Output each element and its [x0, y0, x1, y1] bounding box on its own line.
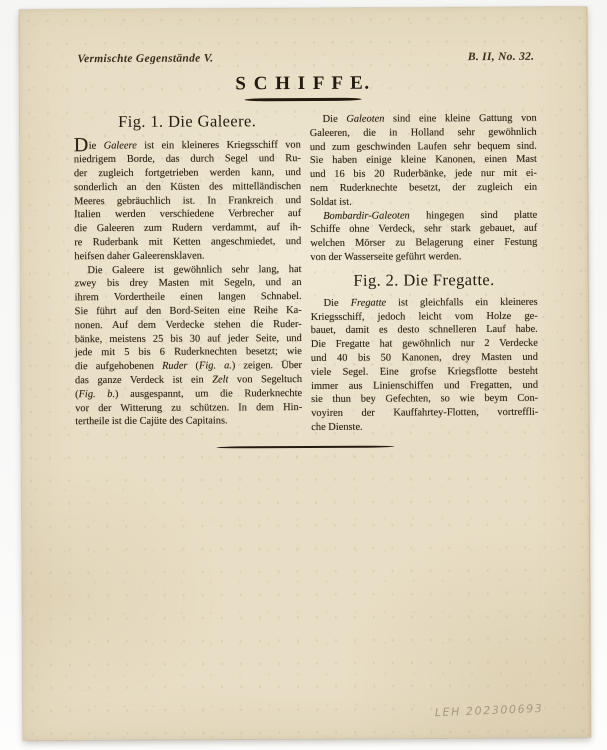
- text-line: niedrigem Borde, das durch Segel und Ru-: [74, 152, 301, 167]
- paragraph: Bombardir-Galeoten hingegen sind platteS…: [310, 208, 537, 264]
- text-line: Sie haben einige kleine Kanonen, einen M…: [310, 153, 537, 168]
- text-line: sonderlich an den Küsten des mittelländi…: [74, 180, 301, 195]
- text-line: Die Galeere ist ein kleineres Kriegsschi…: [74, 138, 301, 153]
- text-line: Die Fregatte ist gleichfalls ein kleiner…: [311, 296, 538, 311]
- paragraph: Die Galeoten sind eine kleine Gattung vo…: [310, 112, 538, 210]
- text-line: immer aus Linienschiffen und Fregatten, …: [311, 378, 538, 393]
- text-line: Die Galeoten sind eine kleine Gattung vo…: [310, 112, 537, 127]
- issue-number: B. II, No. 32.: [468, 51, 535, 63]
- section-end-rule: [216, 445, 394, 448]
- text-line: und 40 bis 50 Kanonen, drey Masten und: [311, 351, 538, 366]
- paragraph: Die Galeere ist ein kleineres Kriegsschi…: [74, 138, 302, 264]
- left-column: Fig. 1. Die Galeere. Die Galeere ist ein…: [74, 110, 303, 436]
- text-line: die aufgehobenen Ruder (Fig. a.) zeigen.…: [75, 359, 302, 374]
- text-line: jede mit 5 bis 6 Ruderknechten besetzt; …: [75, 345, 302, 360]
- text-line: Die Fregatte hat gewöhnlich nur 2 Verdec…: [311, 337, 538, 352]
- scan-background: Vermischte Gegenstände V. B. II, No. 32.…: [0, 0, 607, 750]
- text-line: re Ruderbank mit Ketten angeschmiedet, u…: [74, 235, 301, 250]
- text-line: Bombardir-Galeoten hingegen sind platte: [310, 208, 537, 223]
- text-line: Galeeren, die in Holland sehr gewöhnlich: [310, 126, 537, 141]
- text-line: che Dienste.: [311, 420, 538, 435]
- text-line: Italien werden verschiedene Verbrecher a…: [74, 208, 301, 223]
- paragraph: Die Galeere ist gewöhnlich sehr lang, ha…: [74, 263, 302, 430]
- text-line: das ganze Verdeck ist ein Zelt von Segel…: [75, 373, 302, 388]
- text-line: und zum geschwinden Laufen sehr bequem s…: [310, 139, 537, 154]
- galley-text: Die Galeere ist ein kleineres Kriegsschi…: [74, 138, 303, 429]
- text-line: (Fig. b.) ausgespannt, um die Ruderknech…: [75, 387, 302, 402]
- text-line: nonen. Auf dem Verdecke stehen die Ruder…: [75, 318, 302, 333]
- text-line: vor der Witterung zu schützen. In dem Hi…: [75, 401, 302, 416]
- text-columns: Fig. 1. Die Galeere. Die Galeere ist ein…: [20, 100, 589, 437]
- figure-2-heading: Fig. 2. Die Fregatte.: [310, 270, 537, 291]
- figure-1-heading: Fig. 1. Die Galeere.: [74, 111, 301, 132]
- text-line: Kriegsschiff, jedoch leicht vom Holze ge…: [311, 309, 538, 324]
- text-line: sie thun bey Gefechten, so wie beym Con-: [311, 392, 538, 407]
- document-page: Vermischte Gegenstände V. B. II, No. 32.…: [19, 7, 591, 741]
- text-line: Schiffe ohne Verdeck, sehr stark gebauet…: [310, 222, 537, 237]
- galiot-text: Die Galeoten sind eine kleine Gattung vo…: [310, 112, 538, 265]
- text-line: die Galeeren zum Rudern verdammt, auf ih…: [74, 221, 301, 236]
- series-title: Vermischte Gegenstände V.: [77, 52, 213, 65]
- paragraph: Die Fregatte ist gleichfalls ein kleiner…: [311, 296, 539, 435]
- right-column: Die Galeoten sind eine kleine Gattung vo…: [310, 109, 539, 435]
- text-line: Soldat ist.: [310, 195, 537, 210]
- text-line: Sie führt auf den Bord-Seiten eine Reihe…: [75, 304, 302, 319]
- page-title: S C H I F F E.: [19, 72, 586, 97]
- text-line: welchen Mörser zu Belagerung einer Festu…: [310, 236, 537, 251]
- text-line: der zugleich fortgetrieben werden kann, …: [74, 166, 301, 181]
- text-line: nem Ruderknechte besetzt, der zugleich e…: [310, 181, 537, 196]
- text-line: von der Wasserseite geführt werden.: [310, 250, 537, 265]
- text-line: Die Galeere ist gewöhnlich sehr lang, ha…: [74, 263, 301, 278]
- text-line: tertheile ist die Cajüte des Capitains.: [75, 414, 302, 429]
- text-line: viele Segel. Eine grofse Kriegsflotte be…: [311, 365, 538, 380]
- frigate-text: Die Fregatte ist gleichfalls ein kleiner…: [311, 296, 539, 435]
- inventory-number-annotation: LEH 202300693: [435, 702, 544, 719]
- text-line: Meeres gebräuchlich ist. In Frankreich u…: [74, 194, 301, 209]
- text-line: ihrem Vordertheile einen langen Schnabel…: [75, 290, 302, 305]
- text-line: bauet, damit es desto schnelleren Lauf h…: [311, 323, 538, 338]
- text-line: heifsen daher Galeerensklaven.: [74, 249, 301, 264]
- text-line: voyiren der Kauffahrtey-Flotten, vortref…: [311, 406, 538, 421]
- page-header: Vermischte Gegenstände V. B. II, No. 32.: [19, 7, 586, 66]
- text-line: und 16 bis 20 Ruderbänke, jede nur mit e…: [310, 167, 537, 182]
- text-line: zwey bis drey Masten mit Segeln, und an: [74, 276, 301, 291]
- text-line: bänke, meistens 25 bis 30 auf jeder Seit…: [75, 332, 302, 347]
